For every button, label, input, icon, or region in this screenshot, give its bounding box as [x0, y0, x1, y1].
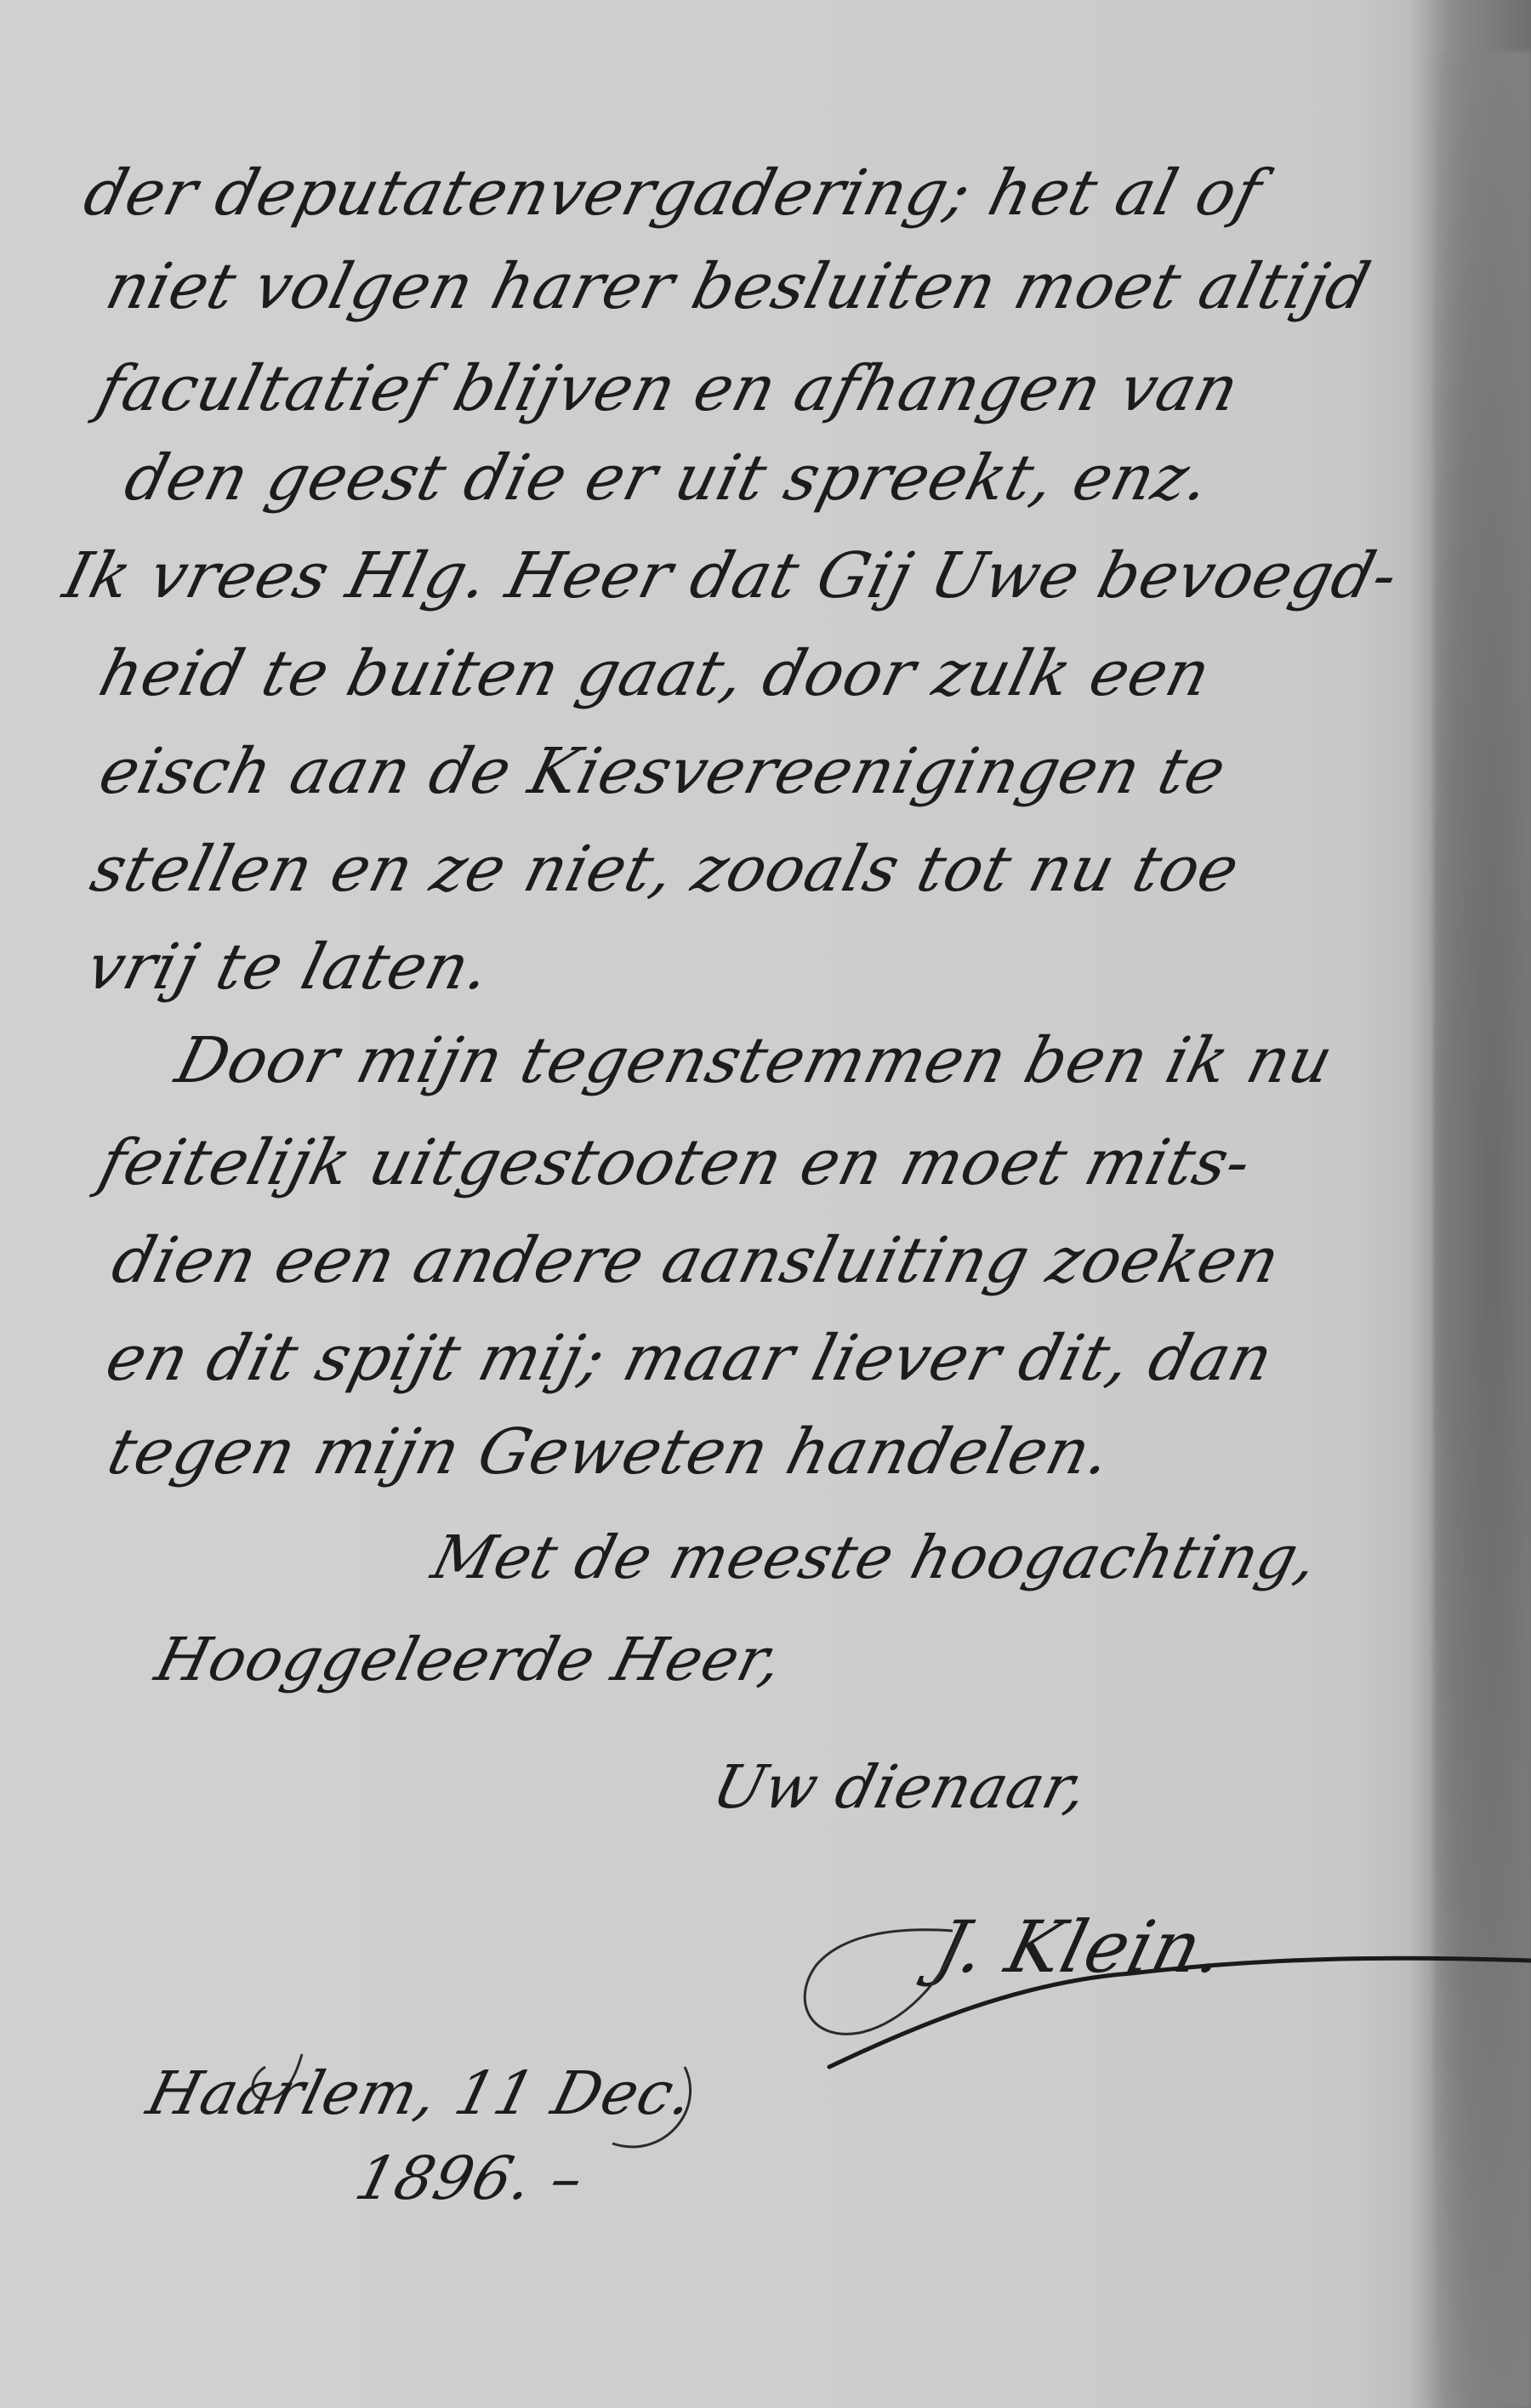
- place-date: Haarlem, 11 Dec.: [140, 2058, 701, 2128]
- letter-line-5: Ik vrees Hlg. Heer dat Gij Uwe bevoegd-: [58, 544, 1404, 607]
- letter-line-7: eisch aan de Kiesvereenigingen te: [94, 740, 1232, 803]
- binding-gutter-shadow: [1433, 51, 1531, 2408]
- letter-line-12: dien een andere aansluiting zoeken: [106, 1229, 1286, 1292]
- signature: J. Klein.: [927, 1905, 1234, 1989]
- letter-line-13: en dit spijt mij; maar liever dit, dan: [100, 1327, 1279, 1390]
- letter-line-8: stellen en ze niet, zooals tot nu toe: [85, 838, 1245, 901]
- closing-phrase: Met de meeste hoogachting,: [425, 1523, 1325, 1592]
- year: 1896. –: [349, 2143, 591, 2213]
- letter-line-10: Door mijn tegenstemmen ben ik nu: [170, 1029, 1340, 1092]
- letter-line-1: der deputatenvergadering; het al of: [78, 162, 1268, 225]
- servant-line: Uw dienaar,: [706, 1752, 1096, 1822]
- salutation: Hooggeleerde Heer,: [149, 1625, 790, 1694]
- letter-line-14: tegen mijn Geweten handelen.: [102, 1420, 1118, 1483]
- letter-line-3: facultatief blijven en afhangen van: [92, 357, 1245, 420]
- letter-line-11: feitelijk uitgestooten en moet mits-: [94, 1131, 1258, 1194]
- letter-line-6: heid te buiten gaat, door zulk een: [94, 642, 1217, 705]
- letter-page: der deputatenvergadering; het al of niet…: [0, 0, 1531, 2408]
- letter-line-9: vrij te laten.: [81, 936, 497, 999]
- letter-line-2: niet volgen harer besluiten moet altijd: [100, 255, 1376, 318]
- letter-line-4: den geest die er uit spreekt, enz.: [119, 447, 1217, 509]
